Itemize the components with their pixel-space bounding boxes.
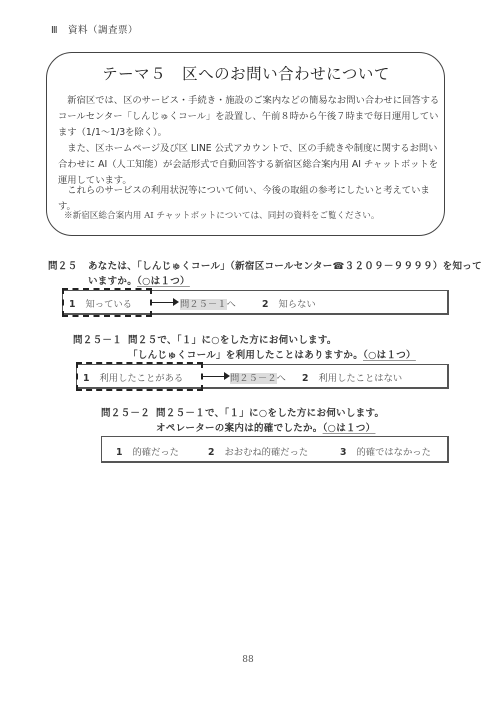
section-label: Ⅲ 資料（調査票） (51, 22, 138, 36)
intro-title: テーマ５ 区へのお問い合わせについて (46, 62, 446, 84)
page-number: 88 (0, 655, 496, 665)
question-25-1-goto: 問２５－２へ (230, 370, 286, 384)
question-25-option-1[interactable]: 1知っている (69, 296, 132, 310)
question-25-instruction: （○は１つ） (137, 276, 190, 287)
arrow-line (152, 302, 174, 303)
question-25-1-option-2[interactable]: 2利用したことはない (302, 370, 402, 384)
arrow-line (203, 376, 225, 377)
question-25-2-option-1[interactable]: 1的確だった (116, 444, 179, 458)
question-25-1-text-line2: 「しんじゅくコール」を利用したことはありますか。（○は１つ） (128, 347, 416, 361)
question-25-2-text-line1: 問２５－１で、「１」に○をした方にお伺いします。 (156, 405, 384, 419)
question-25-2-text: オペレーターの案内は的確でしたか。 (156, 423, 323, 434)
question-25-1-text-line1: 問２５で、「１」に○をした方にお伺いします。 (128, 332, 337, 346)
question-25-option-2[interactable]: 2知らない (262, 296, 316, 310)
question-25-text-line1: あなたは、「しんじゅくコール」（新宿区コールセンター☎３２０９－９９９９）を知っ… (88, 258, 482, 272)
question-25-2-instruction: （○は１つ） (323, 423, 376, 434)
question-25-1-instruction: （○は１つ） (363, 350, 416, 361)
question-25-text-line2: いますか。（○は１つ） (88, 273, 190, 287)
intro-paragraph-2: また、区ホームページ及び区 LINE 公式アカウントで、区の手続きや制度に関する… (58, 141, 443, 189)
question-25-text: いますか。 (88, 276, 137, 287)
question-25-1-id: 問２５－１ (73, 332, 122, 346)
question-25-2-id: 問２５－２ (101, 405, 150, 419)
question-25-2-text-line2: オペレーターの案内は的確でしたか。（○は１つ） (156, 420, 375, 434)
arrow-right-icon (173, 298, 179, 306)
question-25-1-option-1[interactable]: 1利用したことがある (83, 370, 183, 384)
intro-note: ※新宿区総合案内用 AI チャットボットについては、同封の資料をご覧ください。 (64, 209, 379, 221)
question-25-id: 問２５ (48, 258, 77, 272)
intro-paragraph-1: 新宿区では、区のサービス・手続き・施設のご案内などの簡易なお問い合わせに回答する… (58, 93, 443, 141)
question-25-2-option-3[interactable]: 3的確ではなかった (340, 444, 431, 458)
question-25-1-text: 「しんじゅくコール」を利用したことはありますか。 (128, 350, 363, 361)
question-25-2-option-2[interactable]: 2おおむね的確だった (208, 444, 308, 458)
question-25-goto: 問２５－１へ (180, 296, 236, 310)
